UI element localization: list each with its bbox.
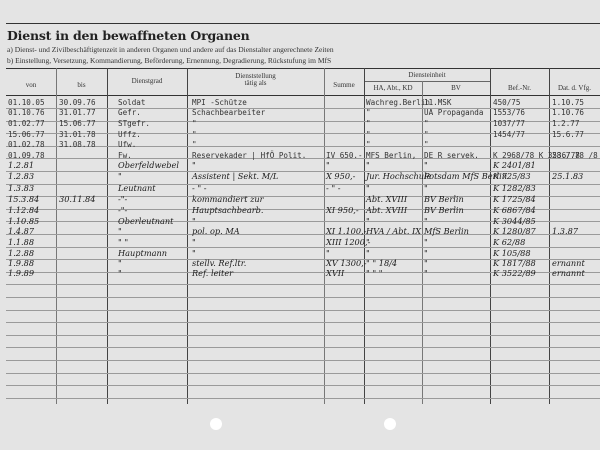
cell-dat: 1.2.77 [552,119,579,128]
cell-dat: 1.10.75 [552,98,584,107]
cell-befnr: K 105/88 [493,249,531,258]
cell-summe: XIII 1200,- [326,238,370,247]
cell-befnr: 1454/77 [493,130,525,139]
cell-bv: " [424,249,428,258]
cell-ha: Jur. Hochschule [366,172,432,181]
cell-summe: XV 1300,- [326,259,367,268]
cell-dienstgrad: Gefr. [118,108,141,117]
cell-summe: XVII [326,269,344,278]
cell-ha: Abt. XVIII [366,206,407,215]
cell-befnr: K 3044/85 [493,217,536,226]
cell-von: 1.9.89 [8,269,34,278]
cell-dienstgrad: " [118,269,122,278]
cell-ha: " [366,184,370,193]
cell-befnr: K 1817/88 [493,259,536,268]
cell-von: 15.3.84 [8,195,39,204]
col-divider [56,68,57,404]
cell-summe: XI 950,- [326,206,359,215]
cell-bis: 31.08.78 [59,140,96,149]
cell-bv: " [424,140,429,149]
cell-stellung: " [192,217,196,226]
cell-dienstgrad: Hauptmann [118,249,167,258]
cell-befnr: 1037/77 [493,119,525,128]
cell-befnr: K 1282/83 [493,184,536,193]
cell-von: 01.02.78 [8,140,45,149]
row-rule [6,360,600,361]
cell-bv: UA Propaganda [424,108,483,117]
table-top-rule [6,68,600,69]
cell-von: 01.10.05 [8,98,45,107]
cell-ha: " [366,108,371,117]
cell-dienstgrad: -"- [118,206,127,215]
cell-ha: " " 18/4 [366,259,397,268]
cell-stellung: " [192,249,196,258]
cell-dat: ernannt [552,269,585,278]
cell-dienstgrad: Fw. [118,151,132,160]
document-page: Dienst in den bewaffneten Organen a) Die… [0,0,600,450]
cell-von: 1.4.87 [8,227,34,236]
cell-bv: " [424,130,429,139]
cell-stellung: " [192,161,196,170]
cell-summe: XI 1.100,- [326,227,366,236]
cell-bis: 30.09.76 [59,98,96,107]
cell-stellung: Ref. leiter [192,269,233,278]
cell-bis: 31.01.77 [59,108,96,117]
cell-bis: 31.01.78 [59,130,96,139]
cell-dienstgrad: Ufw. [118,140,136,149]
cell-befnr: 1553/76 [493,108,525,117]
cell-von: 1.2.81 [8,161,34,170]
top-rule [6,23,600,24]
cell-ha: " [366,217,370,226]
row-rule [6,373,600,374]
cell-bv: " [424,184,428,193]
cell-dienstgrad: Oberfeldwebel [118,161,179,170]
cell-stellung: " [192,130,197,139]
cell-ha: HVA / Abt. IX [366,227,421,236]
col-divider [324,68,325,404]
cell-bis: 30.11.84 [59,195,95,204]
row-rule [6,398,600,399]
cell-bv: MfS Berlin [424,227,469,236]
cell-stellung: Assistent | Sekt. M/L [192,172,278,181]
cell-summe: " [326,249,330,258]
cell-ha: " [366,249,370,258]
cell-befnr: K 3522/89 [493,269,536,278]
cell-dienstgrad: Soldat [118,98,145,107]
cell-von: 01.02.77 [8,119,45,128]
subtitle-a: a) Dienst- und Zivilbeschäftigtenzeit in… [7,45,334,54]
cell-bv: " [424,119,429,128]
row-rule [6,347,600,348]
cell-ha: " [366,238,370,247]
cell-ha: MFS Berlin, [366,151,416,160]
cell-bv: DE R servek. [424,151,479,160]
cell-ha: " " " [366,269,383,278]
row-rule [6,310,600,311]
header-bv: BV [422,84,490,92]
cell-stellung: MPI -Schütze [192,98,247,107]
cell-stellung: pol. op. MA [192,227,240,236]
cell-summe: X 950,- [326,172,355,181]
header-taetig-als: tätig als [187,79,324,87]
header-bis: bis [56,81,107,89]
cell-von: 1.3.83 [8,184,34,193]
col-divider [490,68,491,404]
punch-hole [384,418,396,430]
cell-von: 1.2.83 [8,172,34,181]
cell-bv: " [424,161,428,170]
cell-von: 1.1.88 [8,238,34,247]
cell-dat: 1.10.76 [552,108,584,117]
col-divider [422,81,423,404]
cell-ha: " [366,130,371,139]
cell-stellung: - " - [192,184,207,193]
cell-dienstgrad: " [118,172,122,181]
cell-bv: " [424,259,428,268]
header-ha-abt-kd: HA, Abt., KD [364,84,422,92]
cell-stellung: " [192,119,197,128]
cell-befnr: K 725/83 [493,172,531,181]
col-divider [107,68,108,404]
cell-befnr: K 2401/81 [493,161,536,170]
punch-hole [210,418,222,430]
cell-von: 01.10.76 [8,108,45,117]
cell-summe: - " - [326,184,341,193]
header-dat-vfg: Dat. d. Vfg. [549,84,600,92]
cell-ha: Wachreg.Berlin [366,98,430,107]
diensteinheit-subrule [364,81,490,82]
cell-befnr: 450/75 [493,98,520,107]
cell-bis: 15.06.77 [59,119,96,128]
cell-stellung: " [192,238,196,247]
cell-von: 15.06.77 [8,130,45,139]
row-rule [6,284,600,285]
cell-bv: " [424,238,428,247]
cell-von: 1.10.85 [8,217,39,226]
row-rule [6,385,600,386]
col-divider [187,68,188,404]
cell-ha: " [366,140,371,149]
cell-dat: 1.3.87 [552,227,578,236]
cell-dienstgrad: " [118,227,122,236]
cell-stellung: Reservekader | HfÖ Polit. [192,151,306,160]
cell-dat: 28.7.78 /8 [552,151,598,160]
section-title: Dienst in den bewaffneten Organen [7,28,249,43]
cell-befnr: K 6867/84 [493,206,536,215]
cell-stellung: " [192,140,197,149]
cell-ha: " [366,119,371,128]
cell-dienstgrad: -"- [118,195,127,204]
subtitle-b: b) Einstellung, Versetzung, Kommandierun… [7,56,331,65]
col-divider [549,68,550,404]
service-table: von bis Dienstgrad Dienststellung tätig … [6,68,600,404]
cell-stellung: Hauptsachbearb. [192,206,264,215]
cell-ha: Abt. XVIII [366,195,407,204]
cell-dat: ernannt [552,259,585,268]
cell-bv: BV Berlin [424,195,464,204]
cell-dat: 15.6.77 [552,130,584,139]
header-bef-nr: Bef.-Nr. [490,84,549,92]
row-rule [6,322,600,323]
row-rule [6,297,600,298]
cell-stellung: Schachbearbeiter [192,108,265,117]
header-bottom-rule [6,95,600,96]
header-diensteinheit: Diensteinheit [364,71,490,79]
header-dienstgrad: Dienstgrad [107,77,187,85]
cell-dienstgrad: Leutnant [118,184,156,193]
cell-ha: " [366,161,370,170]
cell-befnr: K 1725/84 [493,195,536,204]
cell-summe: IV 650.- [326,151,363,160]
col-divider [364,68,365,404]
cell-dienstgrad: " [118,259,122,268]
cell-dienstgrad: Uffz. [118,130,141,139]
cell-stellung: stellv. Ref.ltr. [192,259,246,268]
header-summe: Summe [324,81,364,89]
cell-dienstgrad: Oberleutnant [118,217,173,226]
header-von: von [6,81,56,89]
cell-summe: " [326,161,330,170]
cell-von: 01.09.78 [8,151,45,160]
row-rule [6,335,600,336]
cell-von: 1.2.88 [8,249,34,258]
cell-bv: " [424,269,428,278]
cell-bv: 11.MSK [424,98,451,107]
cell-bv: " [424,217,428,226]
cell-befnr: K 1280/87 [493,227,536,236]
cell-dienstgrad: " " [118,238,128,247]
cell-dienstgrad: STgefr. [118,119,150,128]
cell-befnr: K 62/88 [493,238,525,247]
cell-bv: BV Berlin [424,206,464,215]
cell-von: 1.12.84 [8,206,39,215]
cell-dat: 25.1.83 [552,172,583,181]
cell-von: 1.9.88 [8,259,34,268]
cell-stellung: kommandiert zur [192,195,264,204]
